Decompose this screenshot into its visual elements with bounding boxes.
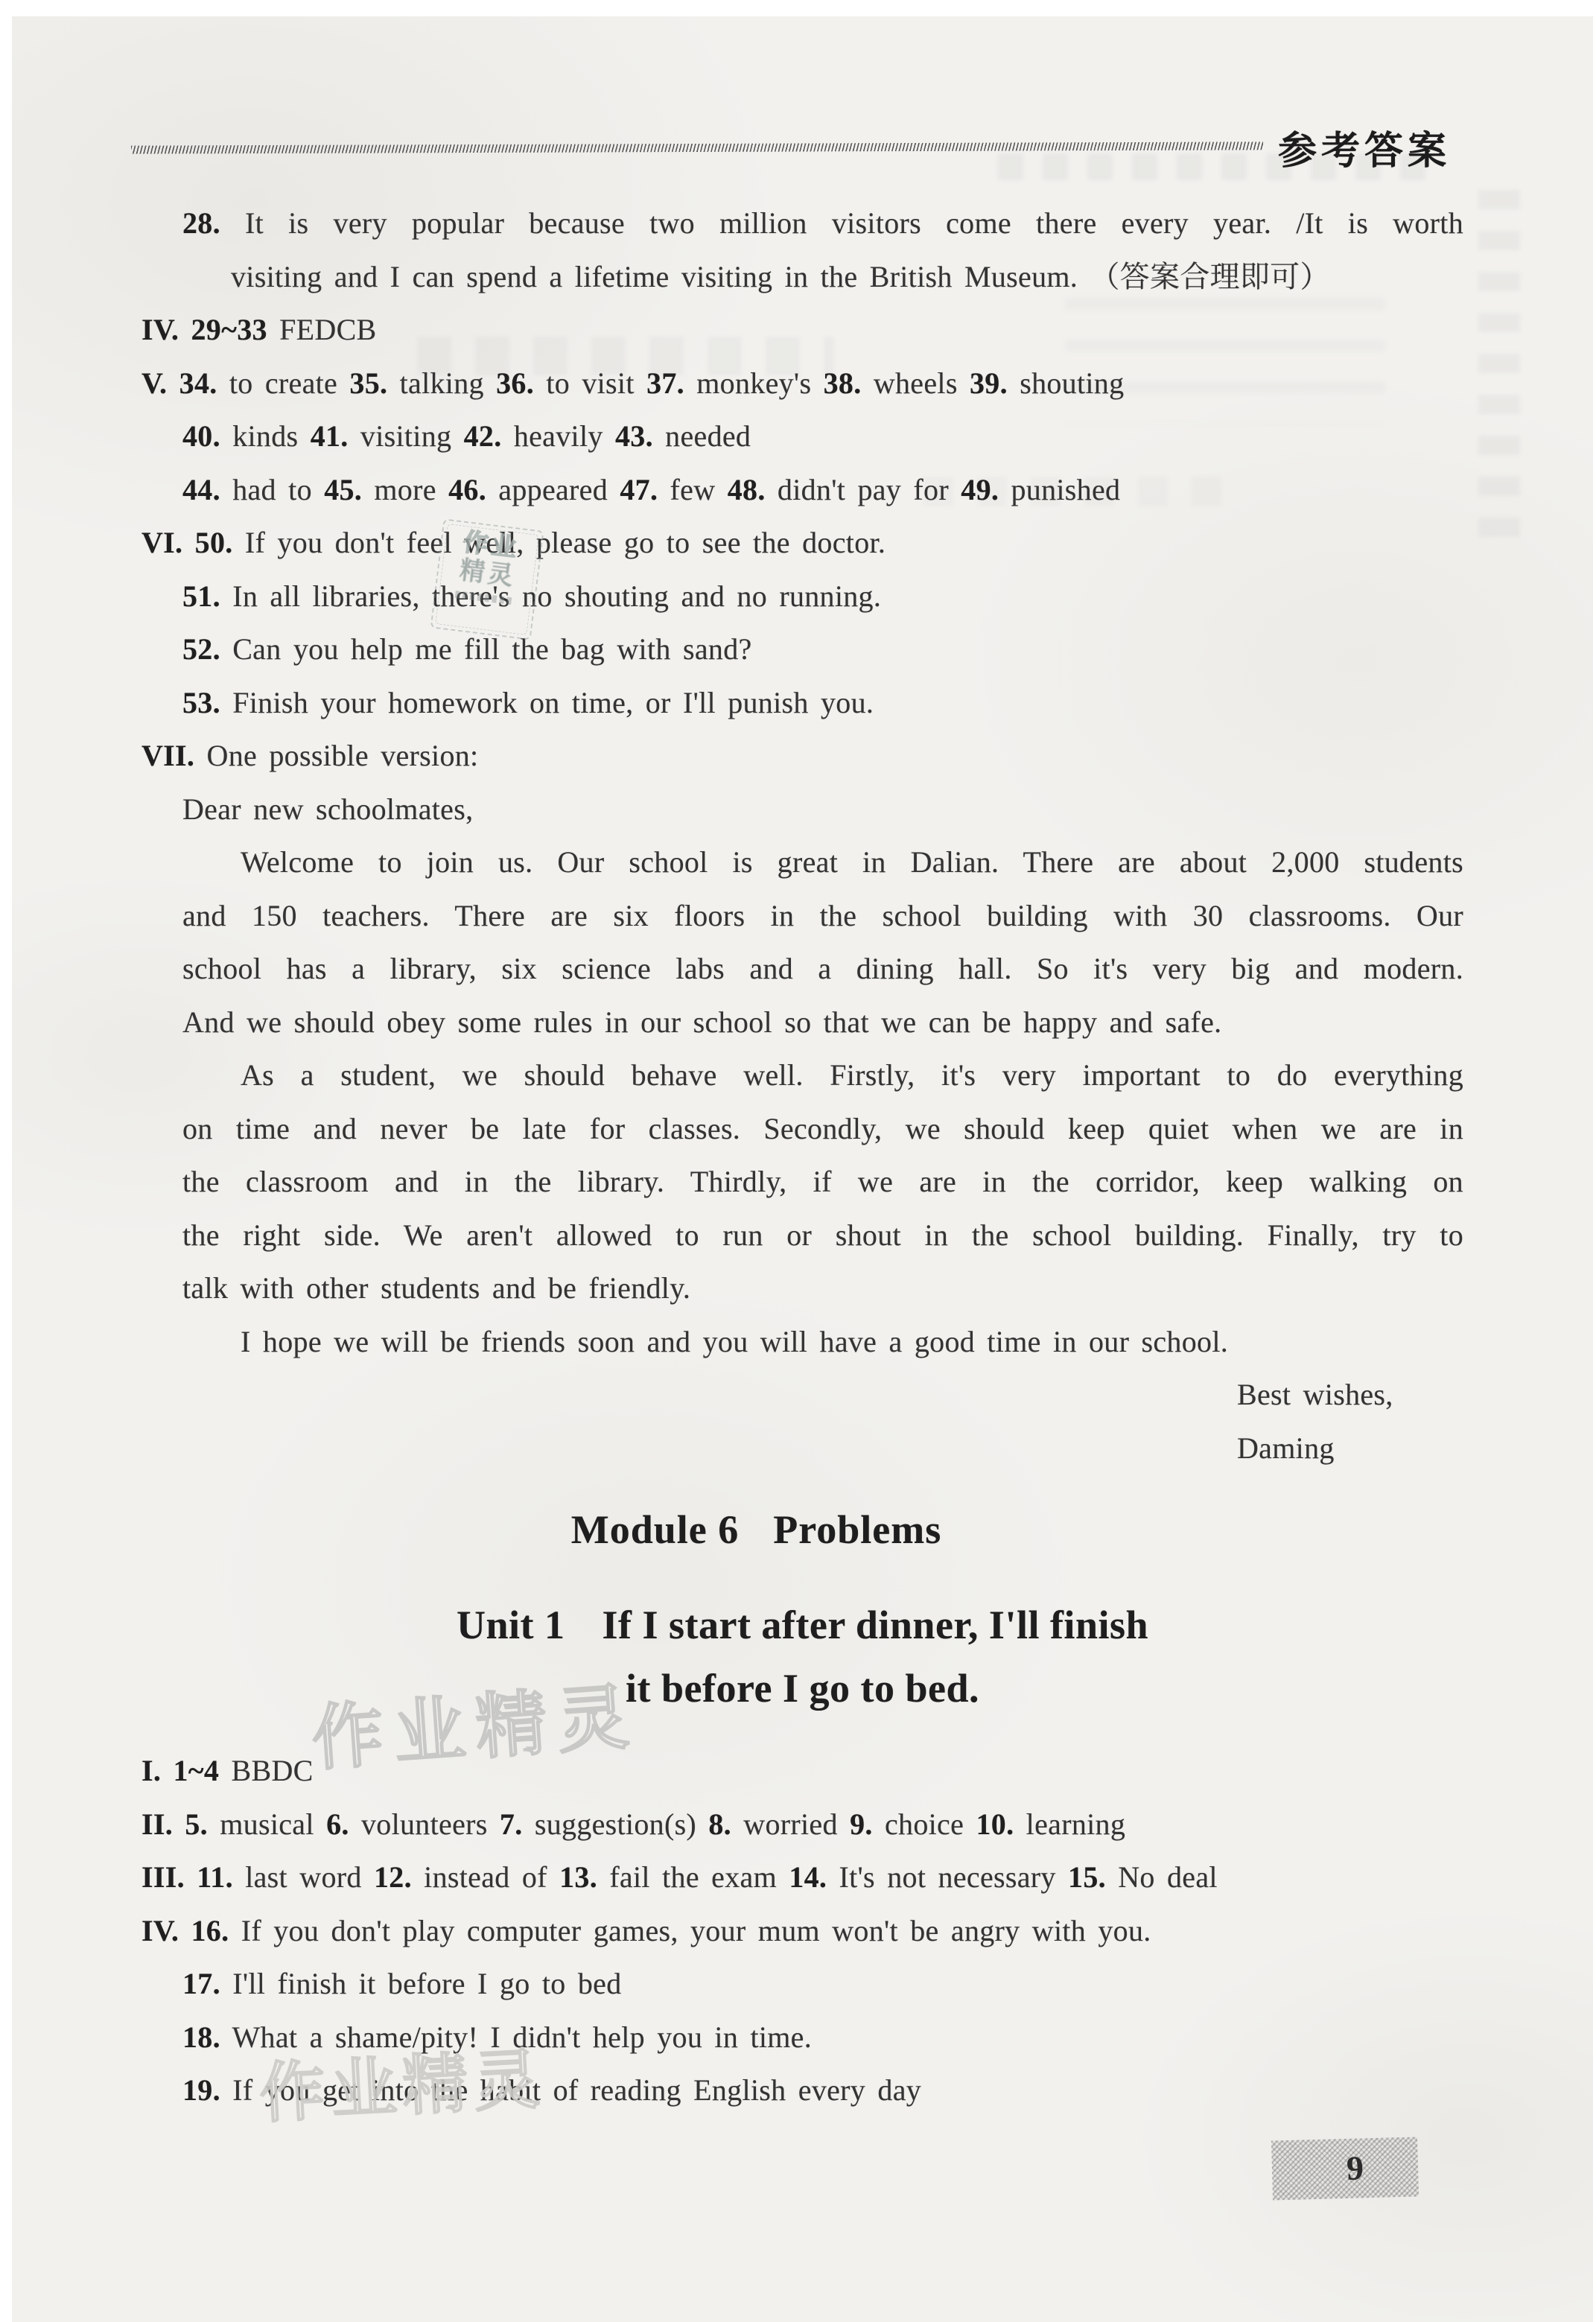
answer-line: 44. had to 45. more 46. appeared 47. few… xyxy=(142,463,1463,517)
answer-line: school has a library, six science labs a… xyxy=(142,942,1463,996)
answer-text: punished xyxy=(999,473,1120,506)
item-number: 52. xyxy=(182,632,220,666)
answer-text: appeared xyxy=(486,473,620,506)
section-numeral: III. xyxy=(142,1860,185,1894)
item-number: 49. xyxy=(961,473,999,506)
item-number: 13. xyxy=(559,1860,597,1894)
scanned-answer-page: { "header": { "title": "参考答案" }, "module… xyxy=(0,0,1596,2322)
answers-section: 28. It is very popular because two milli… xyxy=(142,197,1463,1475)
answer-line: 17. I'll finish it before I go to bed xyxy=(142,1957,1463,2011)
answer-text: FEDCB xyxy=(267,313,377,346)
item-number: 51. xyxy=(182,579,220,613)
answer-text: instead of xyxy=(412,1860,559,1894)
item-number: 47. xyxy=(620,473,658,506)
answer-text: It's not necessary xyxy=(827,1860,1068,1894)
item-number: 28. xyxy=(182,206,220,240)
answer-line: V. 34. to create 35. talking 36. to visi… xyxy=(142,357,1463,410)
answer-line: IV. 16. If you don't play computer games… xyxy=(142,1904,1463,1958)
answer-text: volunteers xyxy=(349,1807,500,1841)
section-numeral: VI. xyxy=(142,526,182,559)
answer-text: Best wishes, xyxy=(1237,1378,1393,1411)
answer-text: No deal xyxy=(1106,1860,1218,1894)
answer-text: And we should obey some rules in our sch… xyxy=(182,1005,1221,1039)
section-numeral: IV. xyxy=(142,313,179,346)
page-number: 9 xyxy=(1346,2138,1364,2198)
answer-line: III. 11. last word 12. instead of 13. fa… xyxy=(142,1851,1463,1904)
item-number: 17. xyxy=(182,1967,220,2000)
item-number: 12. xyxy=(374,1860,412,1894)
answer-text: As a student, we should behave well. Fir… xyxy=(241,1058,1463,1092)
answer-text: more xyxy=(362,473,448,506)
watermark-stamp: 作业 精灵 xyxy=(430,518,544,640)
watermark-stamp-text: 精灵 xyxy=(437,553,538,594)
item-number: 7. xyxy=(500,1807,523,1841)
watermark-stamp-text: 作业 xyxy=(441,526,541,564)
item-number: 53. xyxy=(182,686,220,719)
item-number: 40. xyxy=(182,419,220,453)
unit-answers-section: I. 1~4 BBDCII. 5. musical 6. volunteers … xyxy=(142,1744,1463,2117)
item-number: 45. xyxy=(324,473,362,506)
answer-text: wheels xyxy=(862,366,970,400)
answer-text: Welcome to join us. Our school is great … xyxy=(241,845,1463,879)
answer-line: IV. 29~33 FEDCB xyxy=(142,303,1463,357)
answer-text: BBDC xyxy=(219,1754,313,1787)
answer-text: Dear new schoolmates, xyxy=(182,792,473,826)
answer-text: needed xyxy=(653,419,751,453)
answer-line: the right side. We aren't allowed to run… xyxy=(142,1209,1463,1262)
page-number-badge: 9 xyxy=(1271,2137,1419,2200)
item-number: 38. xyxy=(824,366,862,400)
answer-text: Can you help me fill the bag with sand? xyxy=(220,632,752,666)
answer-text: kinds xyxy=(220,419,311,453)
answer-text: It is very popular because two million v… xyxy=(220,206,1463,240)
item-number: 48. xyxy=(728,473,766,506)
answer-text: learning xyxy=(1014,1807,1125,1841)
answer-text: few xyxy=(658,473,727,506)
item-number: 16. xyxy=(179,1914,229,1947)
answer-text: monkey's xyxy=(684,366,824,400)
answer-text: choice xyxy=(873,1807,976,1841)
item-number: 46. xyxy=(448,473,486,506)
answer-text: I'll finish it before I go to bed xyxy=(220,1967,622,2000)
answer-text: didn't pay for xyxy=(766,473,961,506)
section-numeral: II. xyxy=(142,1807,173,1841)
answer-line: Daming xyxy=(142,1422,1463,1475)
answer-line: and 150 teachers. There are six floors i… xyxy=(142,889,1463,943)
answer-line: on time and never be late for classes. S… xyxy=(142,1102,1463,1156)
answer-text: shouting xyxy=(1008,366,1125,400)
answer-line: VI. 50. If you don't feel well, please g… xyxy=(142,516,1463,570)
answer-text: to visit xyxy=(534,366,646,400)
item-number: 6. xyxy=(326,1807,349,1841)
item-number: 43. xyxy=(615,419,653,453)
item-number: 41. xyxy=(311,419,349,453)
unit-heading: Unit 1If I start after dinner, I'll fini… xyxy=(142,1594,1463,1720)
answer-text: and 150 teachers. There are six floors i… xyxy=(182,899,1463,932)
item-number: 11. xyxy=(185,1860,233,1894)
item-number: 44. xyxy=(182,473,220,506)
answer-text: visiting and I can spend a lifetime visi… xyxy=(231,260,1330,293)
answer-line: talk with other students and be friendly… xyxy=(142,1262,1463,1315)
answer-line: 19. If you get into the habit of reading… xyxy=(142,2064,1463,2117)
item-number: 29~33 xyxy=(179,313,267,346)
item-number: 35. xyxy=(349,366,387,400)
unit-title-text: If I start after dinner, I'll finish xyxy=(602,1603,1148,1647)
answer-text: suggestion(s) xyxy=(523,1807,709,1841)
answer-line: the classroom and in the library. Thirdl… xyxy=(142,1155,1463,1209)
answer-line: I. 1~4 BBDC xyxy=(142,1744,1463,1798)
answer-text: worried xyxy=(731,1807,850,1841)
answer-text: heavily xyxy=(502,419,615,453)
answer-line: VII. One possible version: xyxy=(142,729,1463,783)
answer-text: the right side. We aren't allowed to run… xyxy=(182,1218,1463,1252)
answer-line: 51. In all libraries, there's no shoutin… xyxy=(142,570,1463,623)
answer-text: talking xyxy=(387,366,496,400)
unit-title-line2: it before I go to bed. xyxy=(142,1657,1463,1720)
answer-line: II. 5. musical 6. volunteers 7. suggesti… xyxy=(142,1798,1463,1851)
answer-line: I hope we will be friends soon and you w… xyxy=(142,1315,1463,1369)
answer-line: 52. Can you help me fill the bag with sa… xyxy=(142,623,1463,676)
answer-text: What a shame/pity! I didn't help you in … xyxy=(220,2020,812,2054)
section-numeral: IV. xyxy=(142,1914,179,1947)
answer-line: And we should obey some rules in our sch… xyxy=(142,996,1463,1049)
answer-text: Finish your homework on time, or I'll pu… xyxy=(220,686,874,719)
module-heading: Module 6Problems xyxy=(95,1498,1417,1561)
answer-text: If you get into the habit of reading Eng… xyxy=(220,2073,921,2107)
answer-line: visiting and I can spend a lifetime visi… xyxy=(142,250,1463,304)
item-number: 8. xyxy=(708,1807,731,1841)
item-number: 19. xyxy=(182,2073,220,2107)
answer-text: school has a library, six science labs a… xyxy=(182,952,1463,985)
answer-text: musical xyxy=(208,1807,326,1841)
item-number: 9. xyxy=(850,1807,873,1841)
answer-line: 40. kinds 41. visiting 42. heavily 43. n… xyxy=(142,410,1463,463)
item-number: 1~4 xyxy=(161,1754,219,1787)
answer-text: last word xyxy=(233,1860,374,1894)
item-number: 42. xyxy=(464,419,502,453)
answer-text: In all libraries, there's no shouting an… xyxy=(220,579,881,613)
answer-text: I hope we will be friends soon and you w… xyxy=(241,1325,1228,1358)
item-number: 10. xyxy=(976,1807,1014,1841)
answer-text: to create xyxy=(217,366,350,400)
item-number: 15. xyxy=(1068,1860,1106,1894)
unit-title-line1: Unit 1If I start after dinner, I'll fini… xyxy=(142,1594,1463,1657)
answer-text: talk with other students and be friendly… xyxy=(182,1271,690,1305)
page-header-title: 参考答案 xyxy=(1278,119,1451,175)
answer-text: If you don't play computer games, your m… xyxy=(229,1914,1151,1947)
item-number: 18. xyxy=(182,2020,220,2054)
answer-line: Dear new schoolmates, xyxy=(142,783,1463,836)
answer-line: As a student, we should behave well. Fir… xyxy=(142,1049,1463,1102)
section-numeral: V. xyxy=(142,366,167,400)
answer-text: One possible version: xyxy=(194,739,478,772)
answer-text: had to xyxy=(220,473,324,506)
answer-text: fail the exam xyxy=(597,1860,789,1894)
item-number: 14. xyxy=(789,1860,827,1894)
item-number: 5. xyxy=(173,1807,208,1841)
item-number: 36. xyxy=(496,366,534,400)
section-numeral: VII. xyxy=(142,739,194,772)
answer-line: Welcome to join us. Our school is great … xyxy=(142,836,1463,889)
module-number: Module 6 xyxy=(571,1507,740,1552)
answer-line: 18. What a shame/pity! I didn't help you… xyxy=(142,2011,1463,2064)
answer-text: visiting xyxy=(349,419,464,453)
answer-text: Daming xyxy=(1237,1431,1335,1465)
watermark-stamp-smudge xyxy=(455,591,515,605)
answer-text: If you don't feel well, please go to see… xyxy=(233,526,886,559)
answer-line: Best wishes, xyxy=(142,1368,1463,1422)
unit-label: Unit 1 xyxy=(457,1603,565,1647)
answer-text: the classroom and in the library. Thirdl… xyxy=(182,1165,1463,1198)
answer-line: 28. It is very popular because two milli… xyxy=(142,197,1463,250)
item-number: 39. xyxy=(970,366,1008,400)
module-name: Problems xyxy=(773,1507,941,1552)
answer-line: 53. Finish your homework on time, or I'l… xyxy=(142,676,1463,730)
item-number: 34. xyxy=(167,366,217,400)
item-number: 50. xyxy=(182,526,232,559)
section-numeral: I. xyxy=(142,1754,161,1787)
answer-text: on time and never be late for classes. S… xyxy=(182,1112,1463,1145)
item-number: 37. xyxy=(646,366,684,400)
